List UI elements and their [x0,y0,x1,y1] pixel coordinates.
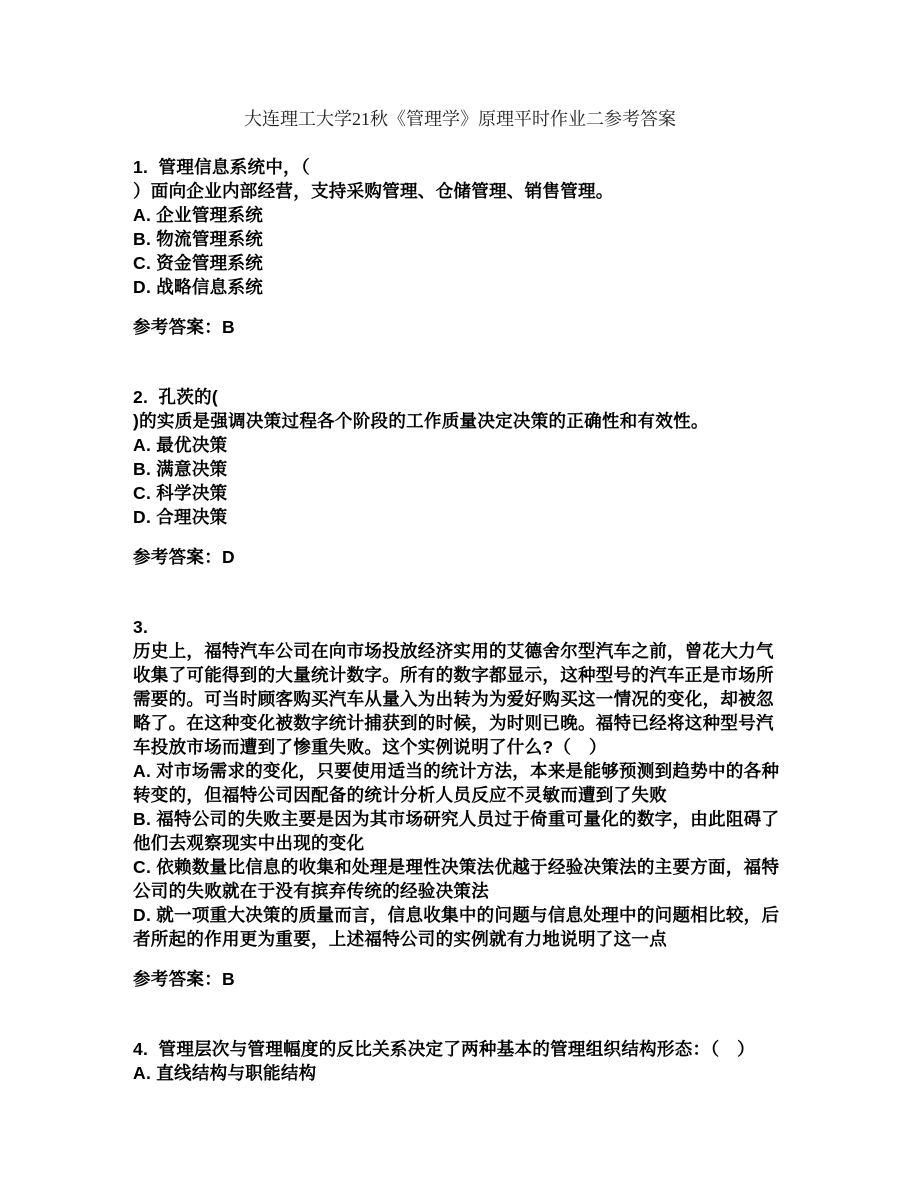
answer-line: 参考答案：B [133,967,920,991]
question-3-number: 3. [133,615,920,639]
question-1-answer: 参考答案：B [133,315,920,339]
question-3-stem-line: 需要的。可当时顾客购买汽车从量入为出转为为爱好购买这一情况的变化，却被忽 [133,687,920,711]
question-1-option-c: C. 资金管理系统 [133,251,920,275]
question-1-option-a: A. 企业管理系统 [133,203,920,227]
question-1: 1. 管理信息系统中，（ ）面向企业内部经营，支持采购管理、仓储管理、销售管理。… [133,155,920,299]
question-3-stem-line: 收集了可能得到的大量统计数字。所有的数字都显示，这种型号的汽车正是市场所 [133,663,920,687]
question-2-option-b: B. 满意决策 [133,457,920,481]
question-4-stem-line: 4. 管理层次与管理幅度的反比关系决定了两种基本的管理组织结构形态：（ ） [133,1037,920,1061]
question-3-answer: 参考答案：B [133,967,920,991]
question-3-option-d: 者所起的作用更为重要，上述福特公司的实例就有力地说明了这一点 [133,927,920,951]
question-2-stem-line: 2. 孔茨的( [133,385,920,409]
question-3-option-c: 公司的失败就在于没有摈弃传统的经验决策法 [133,879,920,903]
question-3-option-b: B. 福特公司的失败主要是因为其市场研究人员过于倚重可量化的数字，由此阻碍了 [133,807,920,831]
document-page: 大连理工大学21秋《管理学》原理平时作业二参考答案 1. 管理信息系统中，（ ）… [0,0,920,1191]
question-3: 3. 历史上，福特汽车公司在向市场投放经济实用的艾德舍尔型汽车之前，曾花大力气 … [133,615,920,951]
question-2-option-d: D. 合理决策 [133,505,920,529]
question-4-option-a: A. 直线结构与职能结构 [133,1061,920,1085]
question-2-answer: 参考答案：D [133,545,920,569]
answer-line: 参考答案：D [133,545,920,569]
question-3-option-c: C. 依赖数量比信息的收集和处理是理性决策法优越于经验决策法的主要方面，福特 [133,855,920,879]
question-3-stem-line: 历史上，福特汽车公司在向市场投放经济实用的艾德舍尔型汽车之前，曾花大力气 [133,639,920,663]
question-3-stem-line: 车投放市场而遭到了惨重失败。这个实例说明了什么?（ ） [133,735,920,759]
question-3-option-d: D. 就一项重大决策的质量而言，信息收集中的问题与信息处理中的问题相比较，后 [133,903,920,927]
question-3-option-a: 转变的，但福特公司因配备的统计分析人员反应不灵敏而遭到了失败 [133,783,920,807]
question-1-stem-line: ）面向企业内部经营，支持采购管理、仓储管理、销售管理。 [133,179,920,203]
question-2: 2. 孔茨的( )的实质是强调决策过程各个阶段的工作质量决定决策的正确性和有效性… [133,385,920,529]
question-2-stem-line: )的实质是强调决策过程各个阶段的工作质量决定决策的正确性和有效性。 [133,409,920,433]
document-title: 大连理工大学21秋《管理学》原理平时作业二参考答案 [0,106,920,132]
question-1-option-d: D. 战略信息系统 [133,275,920,299]
question-3-option-b: 他们去观察现实中出现的变化 [133,831,920,855]
question-1-option-b: B. 物流管理系统 [133,227,920,251]
question-2-option-a: A. 最优决策 [133,433,920,457]
question-2-option-c: C. 科学决策 [133,481,920,505]
answer-line: 参考答案：B [133,315,920,339]
question-1-stem-line: 1. 管理信息系统中，（ [133,155,920,179]
question-3-stem-line: 略了。在这种变化被数字统计捕获到的时候，为时则已晚。福特已经将这种型号汽 [133,711,920,735]
question-4: 4. 管理层次与管理幅度的反比关系决定了两种基本的管理组织结构形态：（ ） A.… [133,1037,920,1085]
question-3-option-a: A. 对市场需求的变化，只要使用适当的统计方法，本来是能够预测到趋势中的各种 [133,759,920,783]
